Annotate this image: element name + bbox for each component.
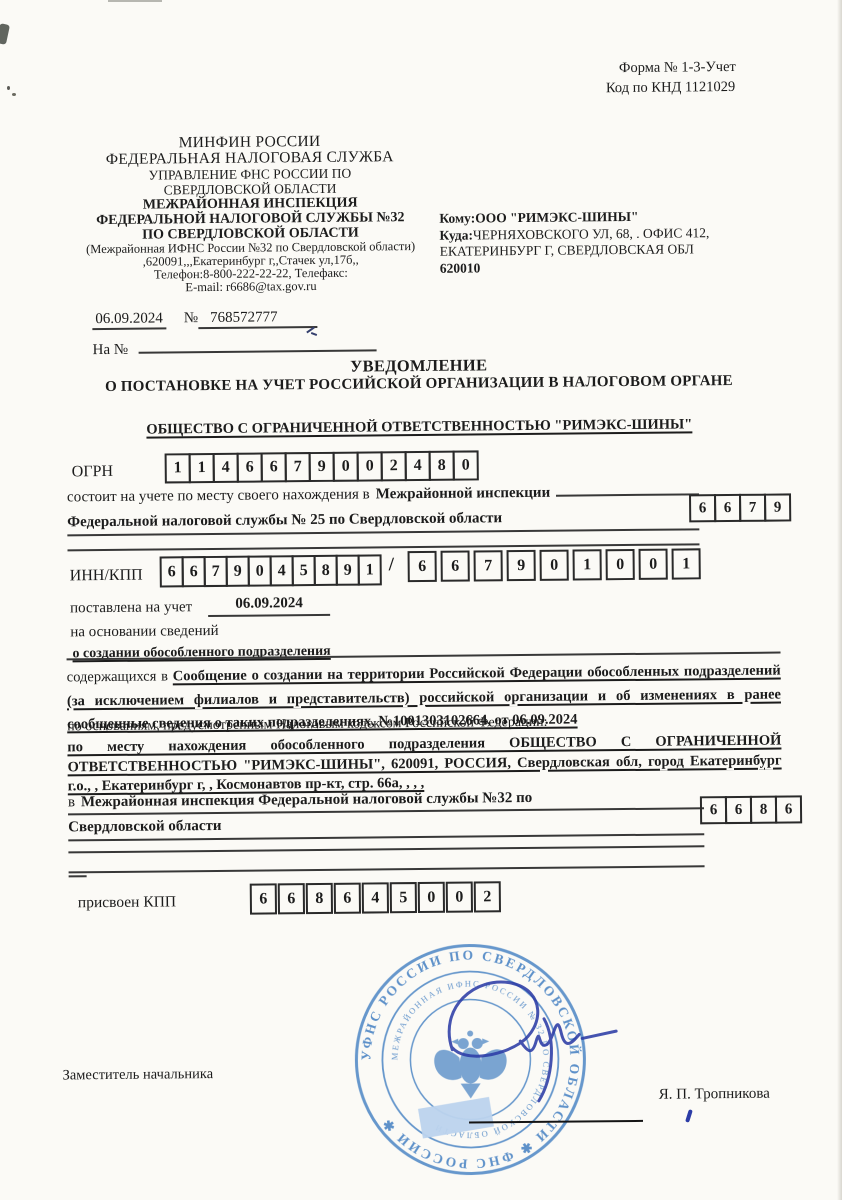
issuer-block: МИНФИН РОССИИ ФЕДЕРАЛЬНАЯ НАЛОГОВАЯ СЛУЖ… (54, 133, 448, 296)
authority-code-boxes: 6679 (691, 493, 791, 522)
doc-ref-blank (138, 334, 376, 353)
scan-speck-artifact (12, 93, 16, 96)
location-value: по месту нахождения обособленного подраз… (67, 733, 781, 795)
new-authority-code-boxes: 6686 (702, 795, 802, 824)
inn-kpp-label: ИНН/КПП (70, 567, 143, 586)
doc-number: 768572777 (198, 309, 318, 329)
recipient-to-value: ООО "РИМЭКС-ШИНЫ" (475, 209, 638, 226)
registration-prefix: состоит на учете по месту своего нахожде… (67, 486, 370, 506)
contained-prefix: содержащихся в (67, 668, 168, 685)
scan-speck-artifact (7, 86, 10, 90)
doc-ref-label: На № (93, 342, 129, 359)
knd-code: Код по КНД 1121029 (563, 79, 778, 98)
doc-meta-row: 06.09.2024 № 768572777 (92, 309, 317, 330)
ogrn-boxes: 1146679002480 (167, 450, 479, 483)
inn-kpp-separator: / (389, 554, 394, 576)
kpp-assigned-label: присвоен КПП (78, 893, 176, 912)
ogrn-label: ОГРН (72, 463, 113, 481)
recipient-addr-label: Куда: (439, 227, 473, 242)
recipient-block: Кому:ООО "РИМЭКС-ШИНЫ" Куда:ЧЕРНЯХОВСКОГ… (439, 208, 775, 277)
registration-authority-part2: Федеральной налоговой службы № 25 по Све… (67, 508, 699, 536)
scan-line-artifact (69, 867, 87, 877)
ink-mark-artifact (685, 1109, 693, 1123)
document-page: Форма № 1-3-Учет Код по КНД 1121029 МИНФ… (0, 0, 842, 1200)
location-paragraph: по месту нахождения обособленного подраз… (67, 732, 782, 797)
kpp-boxes: 667901001 (404, 548, 701, 582)
scanned-sheet: Форма № 1-3-Учет Код по КНД 1121029 МИНФ… (0, 0, 842, 1200)
registration-line1: состоит на учете по месту своего нахожде… (67, 483, 699, 506)
form-number: Форма № 1-3-Учет (570, 58, 785, 77)
registered-date: 06.09.2024 (208, 595, 330, 617)
registration-underline-fill (556, 493, 699, 496)
new-authority-prefix: в (68, 794, 75, 811)
registered-label: поставлена на учет (70, 599, 192, 617)
org-name: ОБЩЕСТВО С ОГРАНИЧЕННОЙ ОТВЕТСТВЕННОСТЬЮ… (0, 415, 840, 440)
signature-ink (423, 948, 655, 1120)
doc-date: 06.09.2024 (92, 310, 166, 330)
kpp-assigned-boxes: 668645002 (249, 881, 501, 914)
basis-label: на основании сведений (70, 623, 219, 641)
blank-underline (68, 855, 704, 873)
doc-no-label: № (184, 310, 198, 327)
inn-boxes: 6679045891 (162, 554, 382, 587)
registration-authority-part1: Межрайонной инспекции (376, 485, 551, 504)
signer-position: Заместитель начальника (62, 1066, 213, 1084)
issuer-line: E-mail: r6686@tax.gov.ru (55, 279, 447, 296)
doc-ref-row: На № (92, 334, 376, 359)
recipient-to-label: Кому: (439, 210, 475, 225)
signer-name: Я. П. Тропникова (659, 1086, 770, 1104)
recipient-addr-value: ЧЕРНЯХОВСКОГО УЛ, 68, . ОФИС 412, (473, 225, 710, 242)
new-authority-name-part1: Межрайонная инспекция Федеральной налого… (81, 790, 532, 811)
scan-edge-artifact (108, 0, 162, 2)
recipient-postcode: 620010 (440, 257, 775, 277)
